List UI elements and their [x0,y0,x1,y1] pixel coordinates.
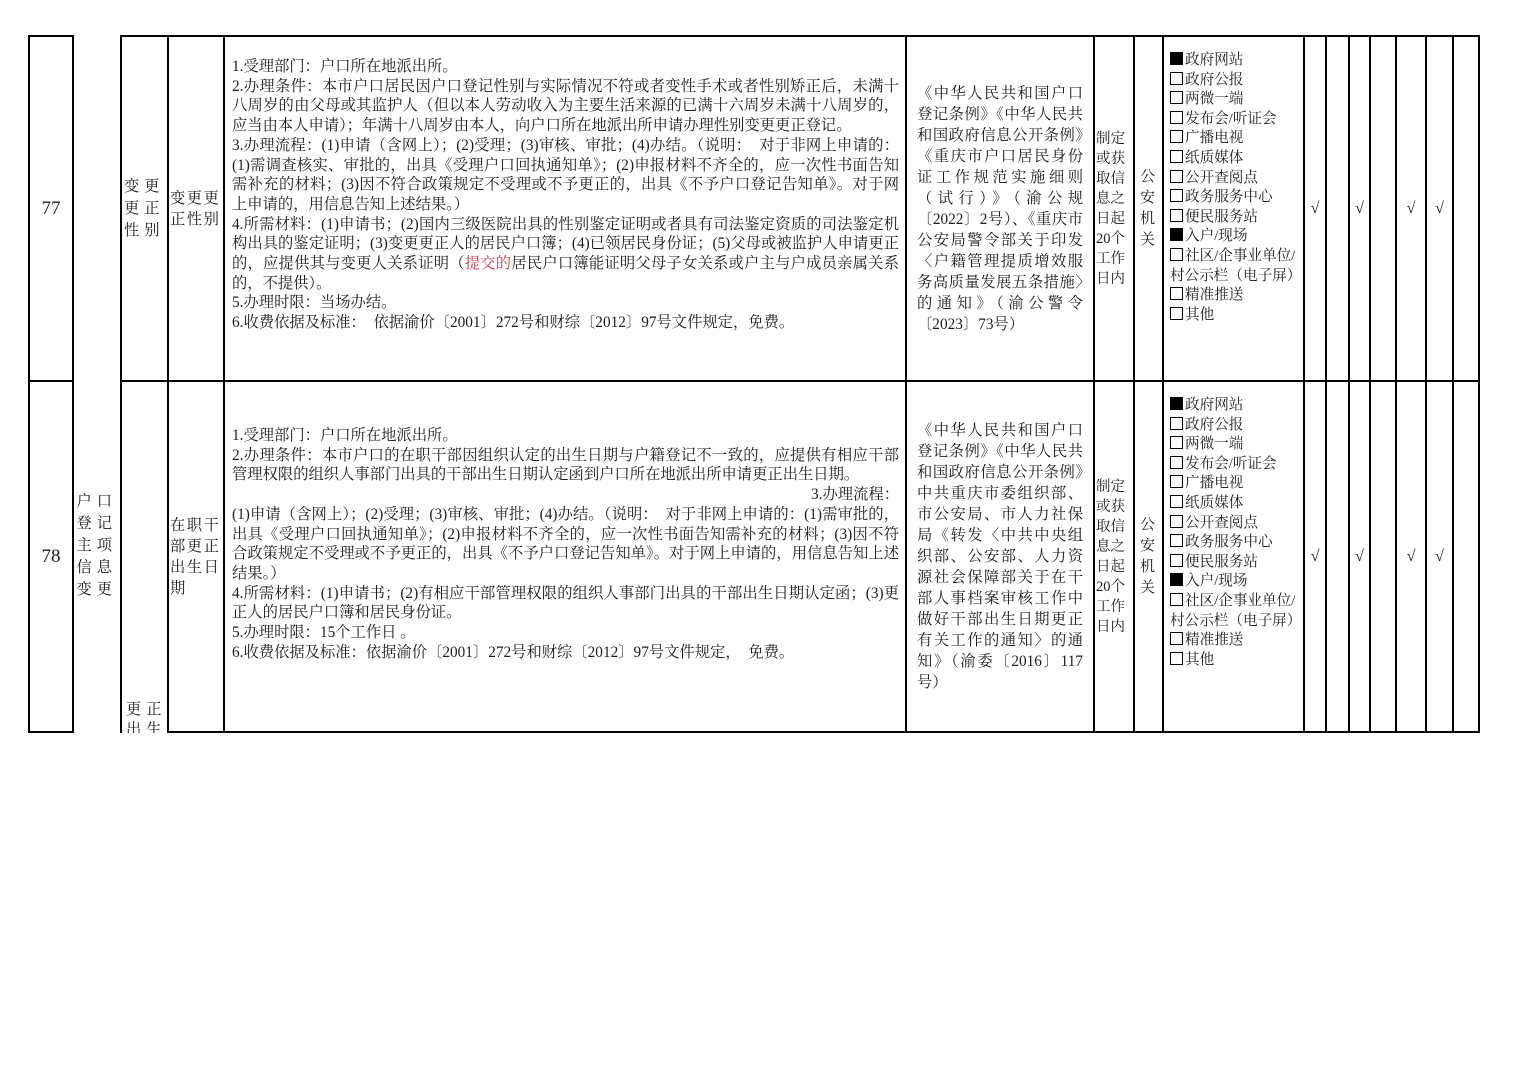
unchecked-checkbox-icon [1170,72,1183,85]
check-cell: √ [1395,35,1425,380]
channel-item: 两微一端 [1170,90,1301,110]
channel-item: 其他 [1170,306,1301,326]
unchecked-checkbox-icon [1170,209,1183,222]
row-number: 78 [28,380,72,733]
checked-checkbox-icon [1170,52,1183,65]
description-paragraph: 4.所需材料：(1)申请书；(2)有相应干部管理权限的组织人事部门出具的干部出生… [232,584,899,623]
unchecked-checkbox-icon [1170,593,1183,606]
description-paragraph: 3.办理流程：(1)申请（含网上）；(2)受理；(3)审核、审批；(4)办结。（… [232,136,899,215]
check-cell [1325,380,1348,733]
check-cell: √ [1348,380,1369,733]
channel-item: 发布会/听证会 [1170,110,1301,130]
channel-item: 社区/企事业单位/村公示栏（电子屏） [1170,592,1301,631]
unchecked-checkbox-icon [1170,534,1183,547]
agency-cell: 公安机关 [1133,380,1162,733]
unchecked-checkbox-icon [1170,652,1183,665]
channel-item: 政务服务中心 [1170,533,1301,553]
channel-item-checked: 入户/现场 [1170,227,1301,247]
channel-item: 发布会/听证会 [1170,455,1301,475]
sub-item-label: 更正出生 [126,700,167,733]
time-limit-text: 制定或获取信息之日起20个工作日内 [1096,129,1132,289]
channel-item: 公开查阅点 [1170,514,1301,534]
description-paragraph: 1.受理部门：户口所在地派出所。 [232,57,899,77]
channel-item: 纸质媒体 [1170,494,1301,514]
channels-cell: 政府网站政府公报两微一端发布会/听证会广播电视纸质媒体公开查阅点政务服务中心便民… [1162,380,1303,733]
check-cell: √ [1303,380,1325,733]
highlighted-red-text: 提交的 [465,255,512,272]
unchecked-checkbox-icon [1170,436,1183,449]
unchecked-checkbox-icon [1170,515,1183,528]
channel-item-checked: 入户/现场 [1170,572,1301,592]
description-paragraph: (1)申请（含网上）；(2)受理；(3)审核、审批；(4)办结。（说明： 对于非… [232,505,899,584]
sub-item-cell: 更正出生 [120,380,167,733]
channel-item: 社区/企事业单位/村公示栏（电子屏） [1170,247,1301,286]
unchecked-checkbox-icon [1170,189,1183,202]
sub-item-cell: 变更更正性别 [120,35,167,380]
channel-item: 纸质媒体 [1170,149,1301,169]
time-limit-cell: 制定或获取信息之日起20个工作日内 [1093,380,1133,733]
service-items-table: 户口登记主项信息变更 77 变更更正性别 变更更正性别 1.受理部门：户口所在地… [28,35,1480,733]
checked-checkbox-icon [1170,228,1183,241]
unchecked-checkbox-icon [1170,130,1183,143]
unchecked-checkbox-icon [1170,475,1183,488]
agency-cell: 公安机关 [1133,35,1162,380]
checked-checkbox-icon [1170,573,1183,586]
unchecked-checkbox-icon [1170,456,1183,469]
legal-basis-text: 《中华人民共和国户口登记条例》《中华人民共和国政府信息公开条例》《重庆市户口居民… [917,83,1083,335]
unchecked-checkbox-icon [1170,632,1183,645]
item-name-label: 在职干部更正出生日期 [170,515,222,599]
channel-item: 便民服务站 [1170,208,1301,228]
check-cell: √ [1425,380,1452,733]
channel-item: 政府公报 [1170,416,1301,436]
unchecked-checkbox-icon [1170,170,1183,183]
channel-item: 精准推送 [1170,286,1301,306]
channel-item: 两微一端 [1170,435,1301,455]
legal-basis-cell: 《中华人民共和国户口登记条例》《中华人民共和国政府信息公开条例》中共重庆市委组织… [905,380,1093,733]
check-cell: √ [1348,35,1369,380]
check-columns: √ √ √ √ [1303,380,1480,733]
category-cell: 户口登记主项信息变更 [72,35,120,733]
description-paragraph: 4.所需材料：(1)申请书；(2)国内三级医院出具的性别鉴定证明或者具有司法鉴定… [232,215,899,294]
check-cell [1325,35,1348,380]
channel-item: 广播电视 [1170,474,1301,494]
channel-item: 其他 [1170,651,1301,671]
description-paragraph: 2.办理条件：本市户口的在职干部因组织认定的出生日期与户籍登记不一致的，应提供有… [232,446,899,485]
description-paragraph: 2.办理条件：本市户口居民因户口登记性别与实际情况不符或者变性手术或者性别矫正后… [232,77,899,136]
channel-item: 公开查阅点 [1170,169,1301,189]
agency-text: 公安机关 [1140,515,1157,599]
category-label: 户口登记主项信息变更 [77,35,118,601]
legal-basis-cell: 《中华人民共和国户口登记条例》《中华人民共和国政府信息公开条例》《重庆市户口居民… [905,35,1093,380]
agency-text: 公安机关 [1140,167,1157,251]
description-paragraph: 6.收费依据及标准：依据渝价〔2001〕272号和财综〔2012〕97号文件规定… [232,643,899,663]
procedure-description-cell: 1.受理部门：户口所在地派出所。2.办理条件：本市户口居民因户口登记性别与实际情… [223,35,905,380]
check-cell: √ [1425,35,1452,380]
unchecked-checkbox-icon [1170,554,1183,567]
check-cell [1369,380,1395,733]
unchecked-checkbox-icon [1170,417,1183,430]
description-paragraph: 3.办理流程： [232,485,899,505]
channel-item-checked: 政府网站 [1170,51,1301,71]
channel-item: 政务服务中心 [1170,188,1301,208]
unchecked-checkbox-icon [1170,91,1183,104]
row-number: 77 [28,35,72,380]
procedure-description-cell: 1.受理部门：户口所在地派出所。2.办理条件：本市户口的在职干部因组织认定的出生… [223,380,905,733]
description-paragraph: 1.受理部门：户口所在地派出所。 [232,426,899,446]
unchecked-checkbox-icon [1170,150,1183,163]
unchecked-checkbox-icon [1170,495,1183,508]
description-paragraph: 5.办理时限：15个工作日 。 [232,623,899,643]
time-limit-cell: 制定或获取信息之日起20个工作日内 [1093,35,1133,380]
channel-item: 便民服务站 [1170,553,1301,573]
item-name-cell: 在职干部更正出生日期 [167,380,223,733]
unchecked-checkbox-icon [1170,287,1183,300]
channels-cell: 政府网站政府公报两微一端发布会/听证会广播电视纸质媒体公开查阅点政务服务中心便民… [1162,35,1303,380]
check-cell [1452,35,1480,380]
check-cell [1369,35,1395,380]
channel-item-checked: 政府网站 [1170,396,1301,416]
item-name-label: 变更更正性别 [170,188,222,230]
checked-checkbox-icon [1170,397,1183,410]
check-cell: √ [1303,35,1325,380]
description-paragraph: 6.收费依据及标准： 依据渝价〔2001〕272号和财综〔2012〕97号文件规… [232,313,899,333]
unchecked-checkbox-icon [1170,307,1183,320]
channel-item: 精准推送 [1170,631,1301,651]
channel-item: 广播电视 [1170,129,1301,149]
check-cell: √ [1395,380,1425,733]
check-cell [1452,380,1480,733]
sub-item-label: 变更更正性别 [124,176,165,242]
time-limit-text: 制定或获取信息之日起20个工作日内 [1096,477,1132,637]
channel-item: 政府公报 [1170,71,1301,91]
check-columns: √ √ √ √ [1303,35,1480,380]
legal-basis-text: 《中华人民共和国户口登记条例》《中华人民共和国政府信息公开条例》中共重庆市委组织… [917,420,1083,693]
unchecked-checkbox-icon [1170,111,1183,124]
unchecked-checkbox-icon [1170,248,1183,261]
item-name-cell: 变更更正性别 [167,35,223,380]
description-paragraph: 5.办理时限：当场办结。 [232,293,899,313]
